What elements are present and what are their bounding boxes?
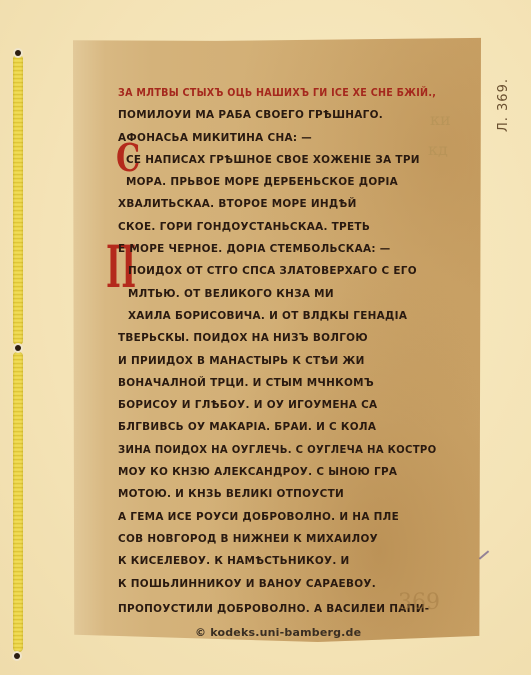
text-line: ПОМИЛОУИ МА РАБА СВОЕГО ГРѢШНАГО. xyxy=(118,104,436,126)
folio-number: Л. 369. xyxy=(496,78,511,132)
binding-hole-top xyxy=(15,50,21,56)
text-line: ТВЕРЬСКЫ. ПОИДОХ НА НИЗЪ ВОЛГОЮ xyxy=(118,327,436,349)
copyright-watermark: © kodeks.uni-bamberg.de xyxy=(195,626,361,639)
text-line: ХВАЛИТЬСКАА. ВТОРОЕ МОРЕ ИНДѢЙ xyxy=(118,193,436,215)
binding-hole-bottom xyxy=(14,653,20,659)
text-line: СЕ НАПИСАХ ГРѢШНОЕ СВОЕ ХОЖЕНІЕ ЗА ТРИ xyxy=(118,149,436,171)
text-line: ПОИДОХ ОТ СТГО СПСА ЗЛАТОВЕРХАГО С ЕГО xyxy=(118,260,436,282)
text-line: АФОНАСЬА МИКИТИНА СНА: — xyxy=(118,127,436,149)
binding-hole-middle xyxy=(15,345,21,351)
text-line: МОУ КО КНЗЮ АЛЕКСАНДРОУ. С ЫНОЮ ГРА xyxy=(118,461,436,483)
text-line: К ПОШЬЛИННИКОУ И ВАНОУ САРАЕВОУ. xyxy=(118,573,436,595)
text-line: СОВ НОВГОРОД В НИЖНЕИ К МИХАИЛОУ xyxy=(118,528,436,550)
text-line: СКОЕ. ГОРИ ГОНДОУСТАНЬСКАА. ТРЕТЬ xyxy=(118,216,436,238)
text-line: К КИСЕЛЕВОУ. К НАМѢСТЬНИКОУ. И xyxy=(118,550,436,572)
text-line: Е МОРЕ ЧЕРНОЕ. ДОРІА СТЕМБОЛЬСКАА: — xyxy=(118,238,436,260)
text-line: МОТОЮ. И КНЗЬ ВЕЛИКІ ОТПОУСТИ xyxy=(118,483,436,505)
text-line: ВОНАЧАЛНОЙ ТРЦИ. И СТЫМ МЧНКОМЪ xyxy=(118,372,436,394)
text-line: ХАИЛА БОРИСОВИЧА. И ОТ ВЛДКЫ ГЕНАДІА xyxy=(118,305,436,327)
binding-cord-lower xyxy=(13,352,23,652)
text-line: И ПРИИДОХ В МАНАСТЫРЬ К СТѢИ ЖИ xyxy=(118,350,436,372)
text-line: БОРИСОУ И ГЛѢБОУ. И ОУ ИГОУМЕНА СА xyxy=(118,394,436,416)
rubric-line: ЗА МЛТВЫ СТЫХЪ ОЦЬ НАШИХЪ ГИ ІСЕ ХЕ СНЕ … xyxy=(118,82,410,104)
text-line: ЗИНА ПОИДОХ НА ОУГЛЕЧЬ. С ОУГЛЕЧА НА КОС… xyxy=(118,439,426,461)
text-line: ПРОПОУСТИЛИ ДОБРОВОЛНО. А ВАСИЛЕИ ПАПИ- xyxy=(118,598,436,620)
text-line: А ГЕМА ИСЕ РОУСИ ДОБРОВОЛНО. И НА ПЛЕ xyxy=(118,506,436,528)
binding-cord-upper xyxy=(13,55,23,345)
faded-foliation: 369 xyxy=(398,590,440,615)
text-line: МЛТЬЮ. ОТ ВЕЛИКОГО КНЗА МИ xyxy=(118,283,436,305)
margin-note: кд xyxy=(428,140,448,159)
text-line: МОРА. ПРЬВОЕ МОРЕ ДЕРБЕНЬСКОЕ ДОРІА xyxy=(118,171,436,193)
text-line: БЛГВИВСЬ ОУ МАКАРІА. БРАИ. И С КОЛА xyxy=(118,416,436,438)
margin-note: ки xyxy=(430,110,451,129)
manuscript-text: ЗА МЛТВЫ СТЫХЪ ОЦЬ НАШИХЪ ГИ ІСЕ ХЕ СНЕ … xyxy=(118,82,438,620)
